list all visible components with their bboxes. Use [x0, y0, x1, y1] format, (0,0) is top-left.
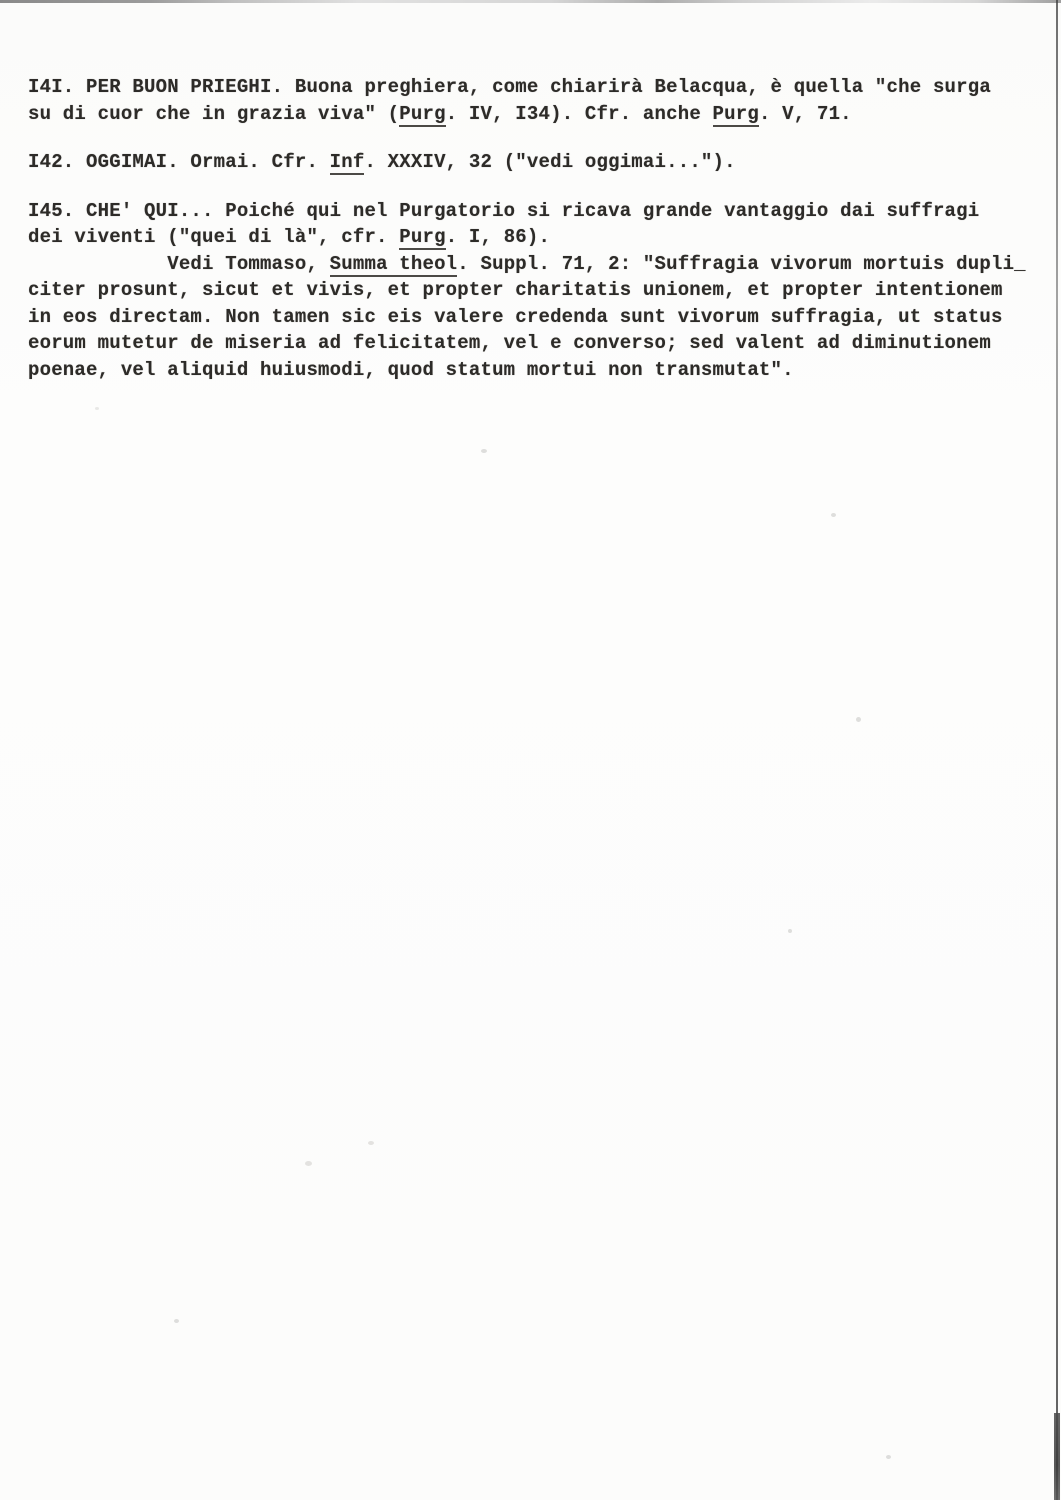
underlined-reference: Purg — [399, 226, 445, 250]
underlined-reference: Purg — [713, 103, 759, 127]
text-segment: Vedi Tommaso, — [28, 253, 330, 275]
text-segment: su di cuor che in grazia viva" ( — [28, 103, 399, 125]
text-segment: eorum mutetur de miseria ad felicitatem,… — [28, 332, 991, 354]
text-line: eorum mutetur de miseria ad felicitatem,… — [28, 330, 1028, 357]
text-line: I4I. PER BUON PRIEGHI. Buona preghiera, … — [28, 74, 1028, 101]
text-line: dei viventi ("quei di là", cfr. Purg. I,… — [28, 224, 1028, 251]
text-segment: . V, 71. — [759, 103, 852, 125]
text-segment: . I, 86). — [446, 226, 550, 248]
text-segment: I42. OGGIMAI. Ormai. Cfr. — [28, 151, 330, 173]
text-line: citer prosunt, sicut et vivis, et propte… — [28, 277, 1028, 304]
scan-speckle — [886, 1455, 891, 1459]
text-segment: I4I. PER BUON PRIEGHI. Buona preghiera, … — [28, 76, 991, 98]
text-segment: . IV, I34). Cfr. anche — [446, 103, 713, 125]
scan-right-edge-bottom-artifact — [1054, 1413, 1060, 1500]
typewritten-paragraph-note-145: I45. CHE' QUI... Poiché qui nel Purgator… — [28, 198, 1028, 384]
underlined-reference: Purg — [399, 103, 445, 127]
underlined-reference: Inf — [330, 151, 365, 175]
text-segment: I45. CHE' QUI... Poiché qui nel Purgator… — [28, 200, 979, 222]
text-segment: poenae, vel aliquid huiusmodi, quod stat… — [28, 359, 794, 381]
scan-speckle — [174, 1319, 179, 1323]
text-segment: . XXXIV, 32 ("vedi oggimai..."). — [364, 151, 735, 173]
scan-speckle — [305, 1161, 312, 1166]
underlined-reference: Summa theol — [330, 253, 458, 277]
text-line: su di cuor che in grazia viva" (Purg. IV… — [28, 101, 1028, 128]
text-line: I42. OGGIMAI. Ormai. Cfr. Inf. XXXIV, 32… — [28, 149, 1028, 176]
scan-speckle — [788, 929, 792, 933]
text-line: in eos directam. Non tamen sic eis valer… — [28, 304, 1028, 331]
typewritten-paragraph-note-142: I42. OGGIMAI. Ormai. Cfr. Inf. XXXIV, 32… — [28, 149, 1028, 176]
text-line: poenae, vel aliquid huiusmodi, quod stat… — [28, 357, 1028, 384]
scan-speckle — [368, 1141, 374, 1145]
scan-top-edge-artifact — [0, 0, 1061, 3]
text-line: Vedi Tommaso, Summa theol. Suppl. 71, 2:… — [28, 251, 1028, 278]
text-segment: citer prosunt, sicut et vivis, et propte… — [28, 279, 1003, 301]
scan-speckle — [481, 449, 487, 453]
scan-right-edge-artifact — [1056, 0, 1058, 1500]
scan-speckle — [95, 407, 99, 410]
scanned-page: I4I. PER BUON PRIEGHI. Buona preghiera, … — [0, 0, 1061, 1500]
text-line: I45. CHE' QUI... Poiché qui nel Purgator… — [28, 198, 1028, 225]
typewritten-text-block: I4I. PER BUON PRIEGHI. Buona preghiera, … — [28, 74, 1028, 405]
text-segment: in eos directam. Non tamen sic eis valer… — [28, 306, 1003, 328]
text-segment: . Suppl. 71, 2: "Suffragia vivorum mortu… — [457, 253, 1026, 275]
scan-speckle — [856, 717, 861, 722]
typewritten-paragraph-note-141: I4I. PER BUON PRIEGHI. Buona preghiera, … — [28, 74, 1028, 127]
text-segment: dei viventi ("quei di là", cfr. — [28, 226, 399, 248]
scan-speckle — [831, 513, 836, 517]
